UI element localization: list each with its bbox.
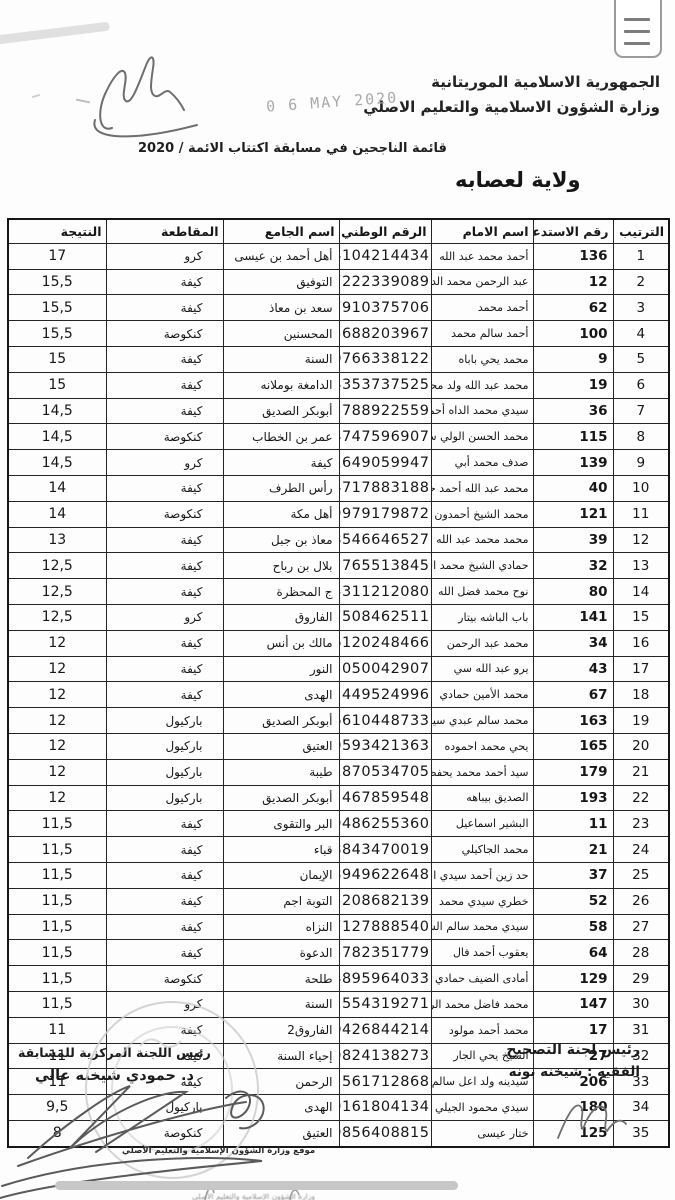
cell-national-id: 4104214434 xyxy=(339,243,431,269)
cell-score: 14,5 xyxy=(8,424,106,450)
results-table: الترتيبرقم الاستدعاءاسم الامامالرقم الوط… xyxy=(7,218,670,1148)
cell-mosque-name: الرحمن xyxy=(223,1069,339,1095)
cell-imam-name: عبد الرحمن محمد الداهي xyxy=(431,269,533,295)
cell-call-number: 11 xyxy=(533,811,613,837)
cell-call-number: 147 xyxy=(533,991,613,1017)
cell-rank: 30 xyxy=(613,991,669,1017)
cell-imam-name: محمد فاضل محمد الراظي xyxy=(431,991,533,1017)
cell-mosque-name: أهل أحمد بن عيسى xyxy=(223,243,339,269)
cell-score: 11,5 xyxy=(8,888,106,914)
cell-mosque-name: عمر بن الخطاب xyxy=(223,424,339,450)
cell-district: كنكوصة xyxy=(106,321,223,347)
cell-national-id: 7127888540 xyxy=(339,914,431,940)
cell-imam-name: سيد أحمد محمد يحفظ xyxy=(431,759,533,785)
cell-mosque-name: أبوبكر الصديق xyxy=(223,708,339,734)
cell-mosque-name: مالك بن أنس xyxy=(223,630,339,656)
cell-district: باركيول xyxy=(106,708,223,734)
cell-district: باركيول xyxy=(106,759,223,785)
cell-mosque-name: قباء xyxy=(223,837,339,863)
ministry-title: وزارة الشؤون الاسلامية والتعليم الاصلي xyxy=(363,95,660,120)
table-row: 22193الصديق بيباهه2467859548أبوبكر الصدي… xyxy=(8,785,669,811)
cell-score: 11,5 xyxy=(8,991,106,1017)
cell-national-id: 4895964033 xyxy=(339,966,431,992)
cell-rank: 7 xyxy=(613,398,669,424)
cell-imam-name: محمد أحمد مولود xyxy=(431,1017,533,1043)
cell-national-id: 2561712868 xyxy=(339,1069,431,1095)
cell-mosque-name: الإيمان xyxy=(223,862,339,888)
cell-imam-name: محمد الحسن الولي سيدين xyxy=(431,424,533,450)
cell-score: 8 xyxy=(8,1120,106,1146)
column-header-score: النتيجة xyxy=(8,219,106,243)
cell-imam-name: محمد عبد الرحمن xyxy=(431,630,533,656)
cell-score: 11,5 xyxy=(8,862,106,888)
cell-mosque-name: الفاروق xyxy=(223,604,339,630)
table-row: 2311البشير اسماعيل9486255360البر والتقوى… xyxy=(8,811,669,837)
cell-mosque-name: الدامغة بوملانه xyxy=(223,372,339,398)
cell-score: 11,5 xyxy=(8,837,106,863)
cell-call-number: 34 xyxy=(533,630,613,656)
cell-district: كيفة xyxy=(106,372,223,398)
cell-national-id: 2765513845 xyxy=(339,553,431,579)
cell-imam-name: صدف محمد أبي xyxy=(431,450,533,476)
cell-mosque-name: الهدى xyxy=(223,1095,339,1121)
cell-score: 11,5 xyxy=(8,914,106,940)
cell-national-id: 7508462511 xyxy=(339,604,431,630)
cell-mosque-name: الدعوة xyxy=(223,940,339,966)
cell-call-number: 17 xyxy=(533,1017,613,1043)
table-row: 9139صدف محمد أبي1649059947كيفةكرو14,5 xyxy=(8,450,669,476)
cell-score: 15 xyxy=(8,346,106,372)
cell-rank: 17 xyxy=(613,656,669,682)
cell-mosque-name: المحسنين xyxy=(223,321,339,347)
table-row: 8115محمد الحسن الولي سيدين4747596907عمر … xyxy=(8,424,669,450)
cell-rank: 12 xyxy=(613,527,669,553)
table-row: 1480نوح محمد فضل الله3311212080ج المحظرة… xyxy=(8,579,669,605)
table-row: 2864يعقوب أحمد فال5782351779الدعوةكيفة11… xyxy=(8,940,669,966)
cell-mosque-name: الفاروق2 xyxy=(223,1017,339,1043)
cell-district: كيفة xyxy=(106,940,223,966)
cell-call-number: 121 xyxy=(533,501,613,527)
cell-score: 12 xyxy=(8,682,106,708)
cell-score: 15,5 xyxy=(8,295,106,321)
cell-score: 12 xyxy=(8,708,106,734)
cell-mosque-name: طيبة xyxy=(223,759,339,785)
table-row: 1136أحمد محمد عبد الله4104214434أهل أحمد… xyxy=(8,243,669,269)
cell-national-id: 1870534705 xyxy=(339,759,431,785)
cell-imam-name: يعقوب أحمد فال xyxy=(431,940,533,966)
page-separator-bar xyxy=(55,1181,458,1190)
cell-national-id: 5782351779 xyxy=(339,940,431,966)
cell-national-id: 5050042907 xyxy=(339,656,431,682)
cell-call-number: 37 xyxy=(533,862,613,888)
correction-committee-name: الفقيه : شيخنه بونه xyxy=(509,1064,640,1080)
cell-score: 14,5 xyxy=(8,450,106,476)
table-row: 1040محمد عبد الله أحمد حبيب4717883188رأس… xyxy=(8,475,669,501)
cell-district: باركيول xyxy=(106,733,223,759)
cell-call-number: 12 xyxy=(533,269,613,295)
column-header-national-id: الرقم الوطني xyxy=(339,219,431,243)
cell-rank: 22 xyxy=(613,785,669,811)
cell-rank: 10 xyxy=(613,475,669,501)
cell-score: 11 xyxy=(8,1017,106,1043)
table-row: 1332حمادي الشيخ محمد المصطفى2765513845بل… xyxy=(8,553,669,579)
cell-imam-name: حد زين أحمد سيدي اعلي xyxy=(431,862,533,888)
table-row: 35125ختار عيسى9856408815العتيقكنكوصة8 xyxy=(8,1120,669,1146)
column-header-mosque-name: اسم الجامع xyxy=(223,219,339,243)
list-title: قائمة الناجحين في مسابقة اكتتاب الائمة /… xyxy=(138,141,447,156)
column-header-rank: الترتيب xyxy=(613,219,669,243)
cell-rank: 35 xyxy=(613,1120,669,1146)
cell-score: 17 xyxy=(8,243,106,269)
cell-district: كيفة xyxy=(106,656,223,682)
scanned-document-page: { "app": { "menu_button_label": "menu" }… xyxy=(0,0,675,1200)
cell-score: 14 xyxy=(8,501,106,527)
cell-district: كيفة xyxy=(106,269,223,295)
cell-national-id: 7910375706 xyxy=(339,295,431,321)
table-row: 619محمد عبد الله ولد محمد الأمين43537375… xyxy=(8,372,669,398)
cell-rank: 27 xyxy=(613,914,669,940)
cell-call-number: 32 xyxy=(533,553,613,579)
cell-imam-name: سيدي محمود الجيلي بوسح xyxy=(431,1095,533,1121)
table-row: 11121محمد الشيخ أحمدون9979179872أهل مكةك… xyxy=(8,501,669,527)
column-header-imam-name: اسم الامام xyxy=(431,219,533,243)
cell-score: 12 xyxy=(8,733,106,759)
cell-call-number: 62 xyxy=(533,295,613,321)
cell-call-number: 19 xyxy=(533,372,613,398)
cell-district: كيفة xyxy=(106,811,223,837)
cell-district: كرو xyxy=(106,991,223,1017)
cell-national-id: 9161804134 xyxy=(339,1095,431,1121)
table-row: 362أحمد محمد7910375706سعد بن معاذكيفة15,… xyxy=(8,295,669,321)
cell-score: 15 xyxy=(8,372,106,398)
cell-district: كيفة xyxy=(106,527,223,553)
cell-district: كيفة xyxy=(106,862,223,888)
cell-mosque-name: أبوبكر الصديق xyxy=(223,398,339,424)
table-row: 59محمد يحي باباه0766338122السنةكيفة15 xyxy=(8,346,669,372)
cell-score: 12,5 xyxy=(8,553,106,579)
cell-score: 14 xyxy=(8,475,106,501)
table-row: 2758سيدي محمد سالم الشيخ7127888540النزاه… xyxy=(8,914,669,940)
central-committee-name: د. حمودي شيخنه عالي xyxy=(35,1068,194,1084)
cell-district: كنكوصة xyxy=(106,966,223,992)
cell-national-id: 3311212080 xyxy=(339,579,431,605)
cell-district: كيفة xyxy=(106,295,223,321)
table-row: 212عبد الرحمن محمد الداهي7222339089التوف… xyxy=(8,269,669,295)
cell-district: كيفة xyxy=(106,579,223,605)
cell-national-id: 9856408815 xyxy=(339,1120,431,1146)
cell-national-id: 5208682139 xyxy=(339,888,431,914)
table-row: 1634محمد عبد الرحمن6120248466مالك بن أنس… xyxy=(8,630,669,656)
cell-district: كيفة xyxy=(106,398,223,424)
cell-rank: 25 xyxy=(613,862,669,888)
cell-imam-name: محمد الأمين حمادي xyxy=(431,682,533,708)
cell-district: كرو xyxy=(106,450,223,476)
next-page-text: وزارة الشؤون الإسلامية والتعليم الأصلي xyxy=(192,1192,315,1200)
cell-call-number: 80 xyxy=(533,579,613,605)
cell-national-id: 5688203967 xyxy=(339,321,431,347)
table-row: 34180سيدي محمود الجيلي بوسح9161804134اله… xyxy=(8,1095,669,1121)
hamburger-icon xyxy=(624,18,650,21)
cell-mosque-name: أبوبكر الصديق xyxy=(223,785,339,811)
cell-call-number: 163 xyxy=(533,708,613,734)
cell-call-number: 165 xyxy=(533,733,613,759)
cell-national-id: 2467859548 xyxy=(339,785,431,811)
cell-district: كيفة xyxy=(106,888,223,914)
cell-call-number: 100 xyxy=(533,321,613,347)
cell-district: كيفة xyxy=(106,682,223,708)
cell-score: 12 xyxy=(8,759,106,785)
cell-score: 14,5 xyxy=(8,398,106,424)
cell-rank: 21 xyxy=(613,759,669,785)
cell-score: 11,5 xyxy=(8,966,106,992)
central-committee-title: رئيس اللجنة المركزية للمسابقة xyxy=(18,1045,211,1060)
cell-imam-name: البشير اسماعيل xyxy=(431,811,533,837)
cell-score: 13 xyxy=(8,527,106,553)
cell-district: كنكوصة xyxy=(106,501,223,527)
table-row: 21179سيد أحمد محمد يحفظ1870534705طيبةبار… xyxy=(8,759,669,785)
cell-district: باركيول xyxy=(106,1095,223,1121)
cell-mosque-name: التوفيق xyxy=(223,269,339,295)
correction-committee-title: رئيس لجنة التصحيح xyxy=(506,1042,640,1058)
cell-rank: 26 xyxy=(613,888,669,914)
table-row: 20165يحي محمد احموده0593421363العتيقبارك… xyxy=(8,733,669,759)
cell-district: كيفة xyxy=(106,346,223,372)
table-row: 2537حد زين أحمد سيدي اعلي8949622648الإيم… xyxy=(8,862,669,888)
cell-imam-name: نوح محمد فضل الله xyxy=(431,579,533,605)
cell-district: كيفة xyxy=(106,837,223,863)
cell-district: كنكوصة xyxy=(106,1120,223,1146)
cell-mosque-name: السنة xyxy=(223,346,339,372)
column-header-district: المقاطعة xyxy=(106,219,223,243)
cell-score: 12,5 xyxy=(8,579,106,605)
cell-rank: 24 xyxy=(613,837,669,863)
table-row: 15141باب الباشه بيتار7508462511الفاروقكر… xyxy=(8,604,669,630)
table-row: 19163محمد سالم عبدي سيدي محمد6610448733أ… xyxy=(8,708,669,734)
cell-call-number: 179 xyxy=(533,759,613,785)
cell-national-id: 1649059947 xyxy=(339,450,431,476)
table-row: 1239محمد محمد عبد الله سيد الأمين8546646… xyxy=(8,527,669,553)
scan-mark xyxy=(76,99,90,104)
cell-mosque-name: العتيق xyxy=(223,1120,339,1146)
cell-rank: 5 xyxy=(613,346,669,372)
cell-call-number: 39 xyxy=(533,527,613,553)
cell-call-number: 67 xyxy=(533,682,613,708)
cell-district: كنكوصة xyxy=(106,424,223,450)
cell-national-id: 7222339089 xyxy=(339,269,431,295)
table-row: 29129أمادى الضيف حمادي4895964033طلحةكنكو… xyxy=(8,966,669,992)
cell-imam-name: يحي محمد احموده xyxy=(431,733,533,759)
cell-imam-name: محمد الشيخ أحمدون xyxy=(431,501,533,527)
cell-mosque-name: العتيق xyxy=(223,733,339,759)
cell-score: 9,5 xyxy=(8,1095,106,1121)
country-title: الجمهورية الاسلامية الموريتانية xyxy=(363,70,660,95)
table-row: 3117محمد أحمد مولود0426844214الفاروق2كيف… xyxy=(8,1017,669,1043)
cell-imam-name: أمادى الضيف حمادي xyxy=(431,966,533,992)
cell-rank: 1 xyxy=(613,243,669,269)
table-header-row: الترتيبرقم الاستدعاءاسم الامامالرقم الوط… xyxy=(8,219,669,243)
cell-imam-name: الصديق بيباهه xyxy=(431,785,533,811)
top-signature-icon xyxy=(94,57,197,136)
cell-call-number: 129 xyxy=(533,966,613,992)
column-header-call-number: رقم الاستدعاء xyxy=(533,219,613,243)
hamburger-icon xyxy=(624,30,650,33)
cell-imam-name: حمادي الشيخ محمد المصطفى xyxy=(431,553,533,579)
cell-mosque-name: إحياء السنة xyxy=(223,1043,339,1069)
cell-national-id: 0593421363 xyxy=(339,733,431,759)
region-title: ولاية لعصابه xyxy=(455,168,581,192)
cell-score: 15,5 xyxy=(8,321,106,347)
cell-mosque-name: النزاه xyxy=(223,914,339,940)
cell-call-number: 52 xyxy=(533,888,613,914)
cell-imam-name: أحمد سالم محمد xyxy=(431,321,533,347)
cell-score: 11,5 xyxy=(8,940,106,966)
cell-imam-name: أحمد محمد xyxy=(431,295,533,321)
cell-rank: 4 xyxy=(613,321,669,347)
cell-call-number: 125 xyxy=(533,1120,613,1146)
cell-mosque-name: أهل مكة xyxy=(223,501,339,527)
table-row: 2652خطري سيدي محمد5208682139التوبة اجمكي… xyxy=(8,888,669,914)
cell-rank: 14 xyxy=(613,579,669,605)
cell-district: كرو xyxy=(106,243,223,269)
cell-rank: 28 xyxy=(613,940,669,966)
cell-mosque-name: السنة xyxy=(223,991,339,1017)
table-row: 4100أحمد سالم محمد5688203967المحسنينكنكو… xyxy=(8,321,669,347)
cell-call-number: 40 xyxy=(533,475,613,501)
cell-national-id: 6120248466 xyxy=(339,630,431,656)
cell-national-id: 0766338122 xyxy=(339,346,431,372)
hamburger-icon xyxy=(624,42,650,45)
cell-rank: 9 xyxy=(613,450,669,476)
cell-rank: 11 xyxy=(613,501,669,527)
cell-mosque-name: ج المحظرة xyxy=(223,579,339,605)
document-header: الجمهورية الاسلامية الموريتانية وزارة ال… xyxy=(363,70,660,120)
cell-call-number: 9 xyxy=(533,346,613,372)
cell-score: 12 xyxy=(8,785,106,811)
cell-district: باركيول xyxy=(106,785,223,811)
cell-rank: 18 xyxy=(613,682,669,708)
cell-score: 12,5 xyxy=(8,604,106,630)
cell-score: 12 xyxy=(8,630,106,656)
cell-mosque-name: سعد بن معاذ xyxy=(223,295,339,321)
table-row: 1867محمد الأمين حمادي2449524996الهدىكيفة… xyxy=(8,682,669,708)
cell-national-id: 9486255360 xyxy=(339,811,431,837)
cell-score: 11,5 xyxy=(8,811,106,837)
cell-district: كيفة xyxy=(106,914,223,940)
cell-call-number: 141 xyxy=(533,604,613,630)
cell-imam-name: سيدي محمد الداه أحمد xyxy=(431,398,533,424)
cell-national-id: 1554319271 xyxy=(339,991,431,1017)
cell-call-number: 193 xyxy=(533,785,613,811)
cell-rank: 20 xyxy=(613,733,669,759)
cell-rank: 34 xyxy=(613,1095,669,1121)
cell-mosque-name: رأس الطرف xyxy=(223,475,339,501)
cell-district: كيفة xyxy=(106,630,223,656)
cell-rank: 19 xyxy=(613,708,669,734)
cell-imam-name: محمد محمد عبد الله سيد الأمين xyxy=(431,527,533,553)
cell-imam-name: محمد سالم عبدي سيدي محمد xyxy=(431,708,533,734)
scan-mark xyxy=(32,94,40,98)
cell-national-id: 8949622648 xyxy=(339,862,431,888)
cell-mosque-name: بلال بن رباح xyxy=(223,553,339,579)
cell-national-id: 8843470019 xyxy=(339,837,431,863)
cell-national-id: 9979179872 xyxy=(339,501,431,527)
cell-imam-name: أحمد محمد عبد الله xyxy=(431,243,533,269)
cell-imam-name: محمد يحي باباه xyxy=(431,346,533,372)
table-row: 1743يرو عبد الله سي5050042907النوركيفة12 xyxy=(8,656,669,682)
cell-rank: 29 xyxy=(613,966,669,992)
cell-rank: 3 xyxy=(613,295,669,321)
cell-mosque-name: البر والتقوى xyxy=(223,811,339,837)
scan-edge-streak xyxy=(0,22,110,48)
cell-rank: 31 xyxy=(613,1017,669,1043)
cell-mosque-name: كيفة xyxy=(223,450,339,476)
cell-mosque-name: طلحة xyxy=(223,966,339,992)
cell-call-number: 180 xyxy=(533,1095,613,1121)
cell-call-number: 58 xyxy=(533,914,613,940)
cell-mosque-name: التوبة اجم xyxy=(223,888,339,914)
table-row: 2421محمد الجاكيلي8843470019قباءكيفة11,5 xyxy=(8,837,669,863)
cell-call-number: 139 xyxy=(533,450,613,476)
cell-call-number: 136 xyxy=(533,243,613,269)
cell-district: كرو xyxy=(106,604,223,630)
cell-rank: 15 xyxy=(613,604,669,630)
cell-rank: 16 xyxy=(613,630,669,656)
cell-score: 15,5 xyxy=(8,269,106,295)
cell-district: كيفة xyxy=(106,475,223,501)
cell-imam-name: سيدي محمد سالم الشيخ xyxy=(431,914,533,940)
cell-rank: 6 xyxy=(613,372,669,398)
cell-national-id: 4747596907 xyxy=(339,424,431,450)
cell-imam-name: ختار عيسى xyxy=(431,1120,533,1146)
cell-rank: 23 xyxy=(613,811,669,837)
cell-national-id: 8546646527 xyxy=(339,527,431,553)
cell-call-number: 36 xyxy=(533,398,613,424)
cell-call-number: 64 xyxy=(533,940,613,966)
cell-imam-name: محمد عبد الله ولد محمد الأمين xyxy=(431,372,533,398)
cell-rank: 13 xyxy=(613,553,669,579)
cell-mosque-name: النور xyxy=(223,656,339,682)
cell-mosque-name: معاذ بن جبل xyxy=(223,527,339,553)
cell-national-id: 9824138273 xyxy=(339,1043,431,1069)
cell-rank: 8 xyxy=(613,424,669,450)
cell-score: 12 xyxy=(8,656,106,682)
cell-national-id: 5788922559 xyxy=(339,398,431,424)
cell-imam-name: محمد عبد الله أحمد حبيب xyxy=(431,475,533,501)
table-row: 30147محمد فاضل محمد الراظي1554319271السن… xyxy=(8,991,669,1017)
cell-call-number: 21 xyxy=(533,837,613,863)
cell-district: كيفة xyxy=(106,553,223,579)
cell-national-id: 4717883188 xyxy=(339,475,431,501)
cell-imam-name: باب الباشه بيتار xyxy=(431,604,533,630)
cell-imam-name: خطري سيدي محمد xyxy=(431,888,533,914)
cell-mosque-name: الهدى xyxy=(223,682,339,708)
cell-district: كيفة xyxy=(106,1017,223,1043)
table-row: 736سيدي محمد الداه أحمد5788922559أبوبكر … xyxy=(8,398,669,424)
cell-imam-name: يرو عبد الله سي xyxy=(431,656,533,682)
cell-call-number: 43 xyxy=(533,656,613,682)
cell-imam-name: محمد الجاكيلي xyxy=(431,837,533,863)
ministry-site-note: موقع وزارة الشؤون الإسلامية والتعليم الأ… xyxy=(122,1146,315,1156)
cell-call-number: 115 xyxy=(533,424,613,450)
cell-national-id: 2449524996 xyxy=(339,682,431,708)
cell-rank: 2 xyxy=(613,269,669,295)
hamburger-menu-button[interactable] xyxy=(614,0,662,58)
cell-national-id: 0426844214 xyxy=(339,1017,431,1043)
cell-national-id: 4353737525 xyxy=(339,372,431,398)
cell-national-id: 6610448733 xyxy=(339,708,431,734)
